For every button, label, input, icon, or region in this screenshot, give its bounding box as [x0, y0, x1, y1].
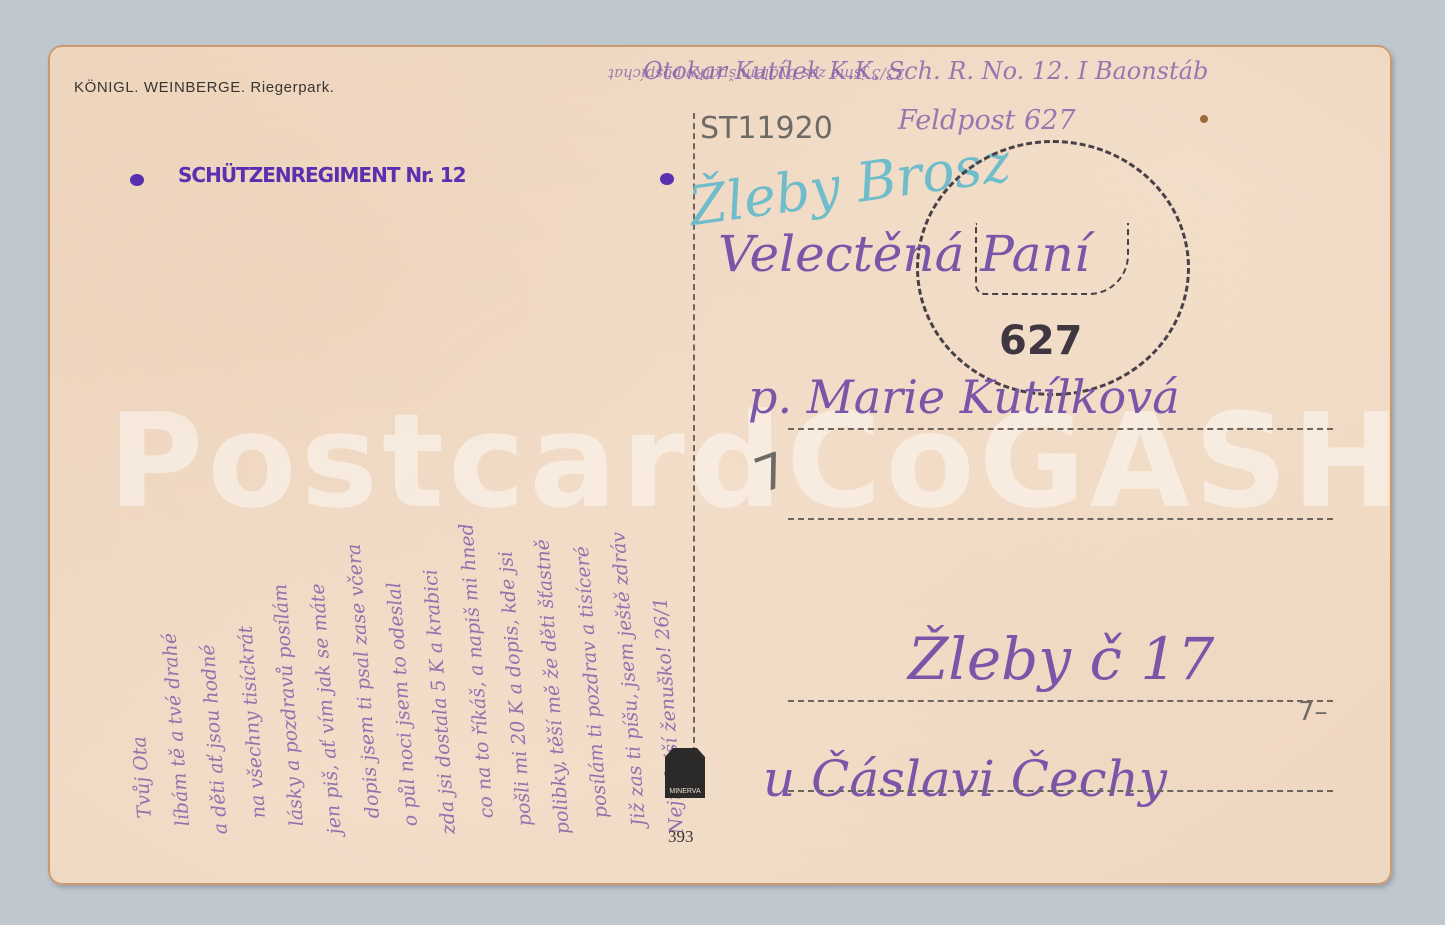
- stamp-dot-right: [660, 173, 674, 185]
- address-line-4: [788, 790, 1333, 792]
- publisher-number: 393: [668, 827, 694, 847]
- sender-line: Otokar Kutílek K.K. Sch. R. No. 12. I Ba…: [643, 57, 1208, 85]
- rust-spot: [1200, 115, 1208, 123]
- pencil-price-mark: 7–: [1298, 697, 1328, 727]
- feldpost-note: Feldpost 627: [898, 105, 1076, 136]
- message-line: líbám tě a tvé drahé: [158, 632, 193, 827]
- stamp-dot-left: [130, 174, 144, 186]
- message-line: na všechny tisíckrát: [235, 625, 270, 819]
- message-line: Tvůj Ota: [128, 736, 156, 819]
- message-line: pošli mi 20 K a dopis, kde jsi: [495, 550, 536, 827]
- greeting: Velectěná Paní: [718, 225, 1090, 283]
- recipient-name: p. Marie Kutílková: [748, 370, 1180, 424]
- message-line: posílám ti pozdrav a tisíceré: [571, 545, 612, 819]
- message-line: polibky, těší mě že děti šťastně: [531, 538, 574, 835]
- message-line: co na to říkáš, a napiš mi hned: [455, 523, 498, 819]
- message-line: lásky a pozdravů posílám: [269, 583, 308, 827]
- street-address: Žleby č 17: [908, 625, 1214, 693]
- address-line-2: [788, 518, 1333, 520]
- postmark-number: 627: [999, 318, 1083, 364]
- minerva-publisher-logo: MINERVA: [665, 748, 705, 798]
- message-line: jen piš, ať vím jak se máte: [306, 583, 345, 835]
- printed-title: KÖNIGL. WEINBERGE. Riegerpark.: [74, 79, 335, 96]
- inventory-code: ST11920: [700, 111, 833, 146]
- regiment-rubber-stamp: SCHÜTZENREGIMENT Nr. 12: [178, 163, 466, 187]
- city-address: u Čáslavi Čechy: [763, 750, 1167, 808]
- message-line: dopis jsem ti psal zase včera: [343, 543, 384, 819]
- address-line-1: [788, 428, 1333, 430]
- message-line: Nejmilejší ženuško! 26/1: [649, 596, 688, 835]
- address-line-3: [788, 700, 1333, 702]
- postcard-back: 23/3 jsme zas bydlem špatky pospíchat KÖ…: [48, 45, 1392, 885]
- message-line: a děti ať jsou hodné: [197, 644, 232, 835]
- message-line: Již zas ti píšu, jsem ještě zdráv: [607, 531, 650, 827]
- message-line: zda jsi dostala 5 K a krabici: [419, 568, 459, 835]
- message-line: o půl noci jsem to odeslal: [383, 581, 422, 827]
